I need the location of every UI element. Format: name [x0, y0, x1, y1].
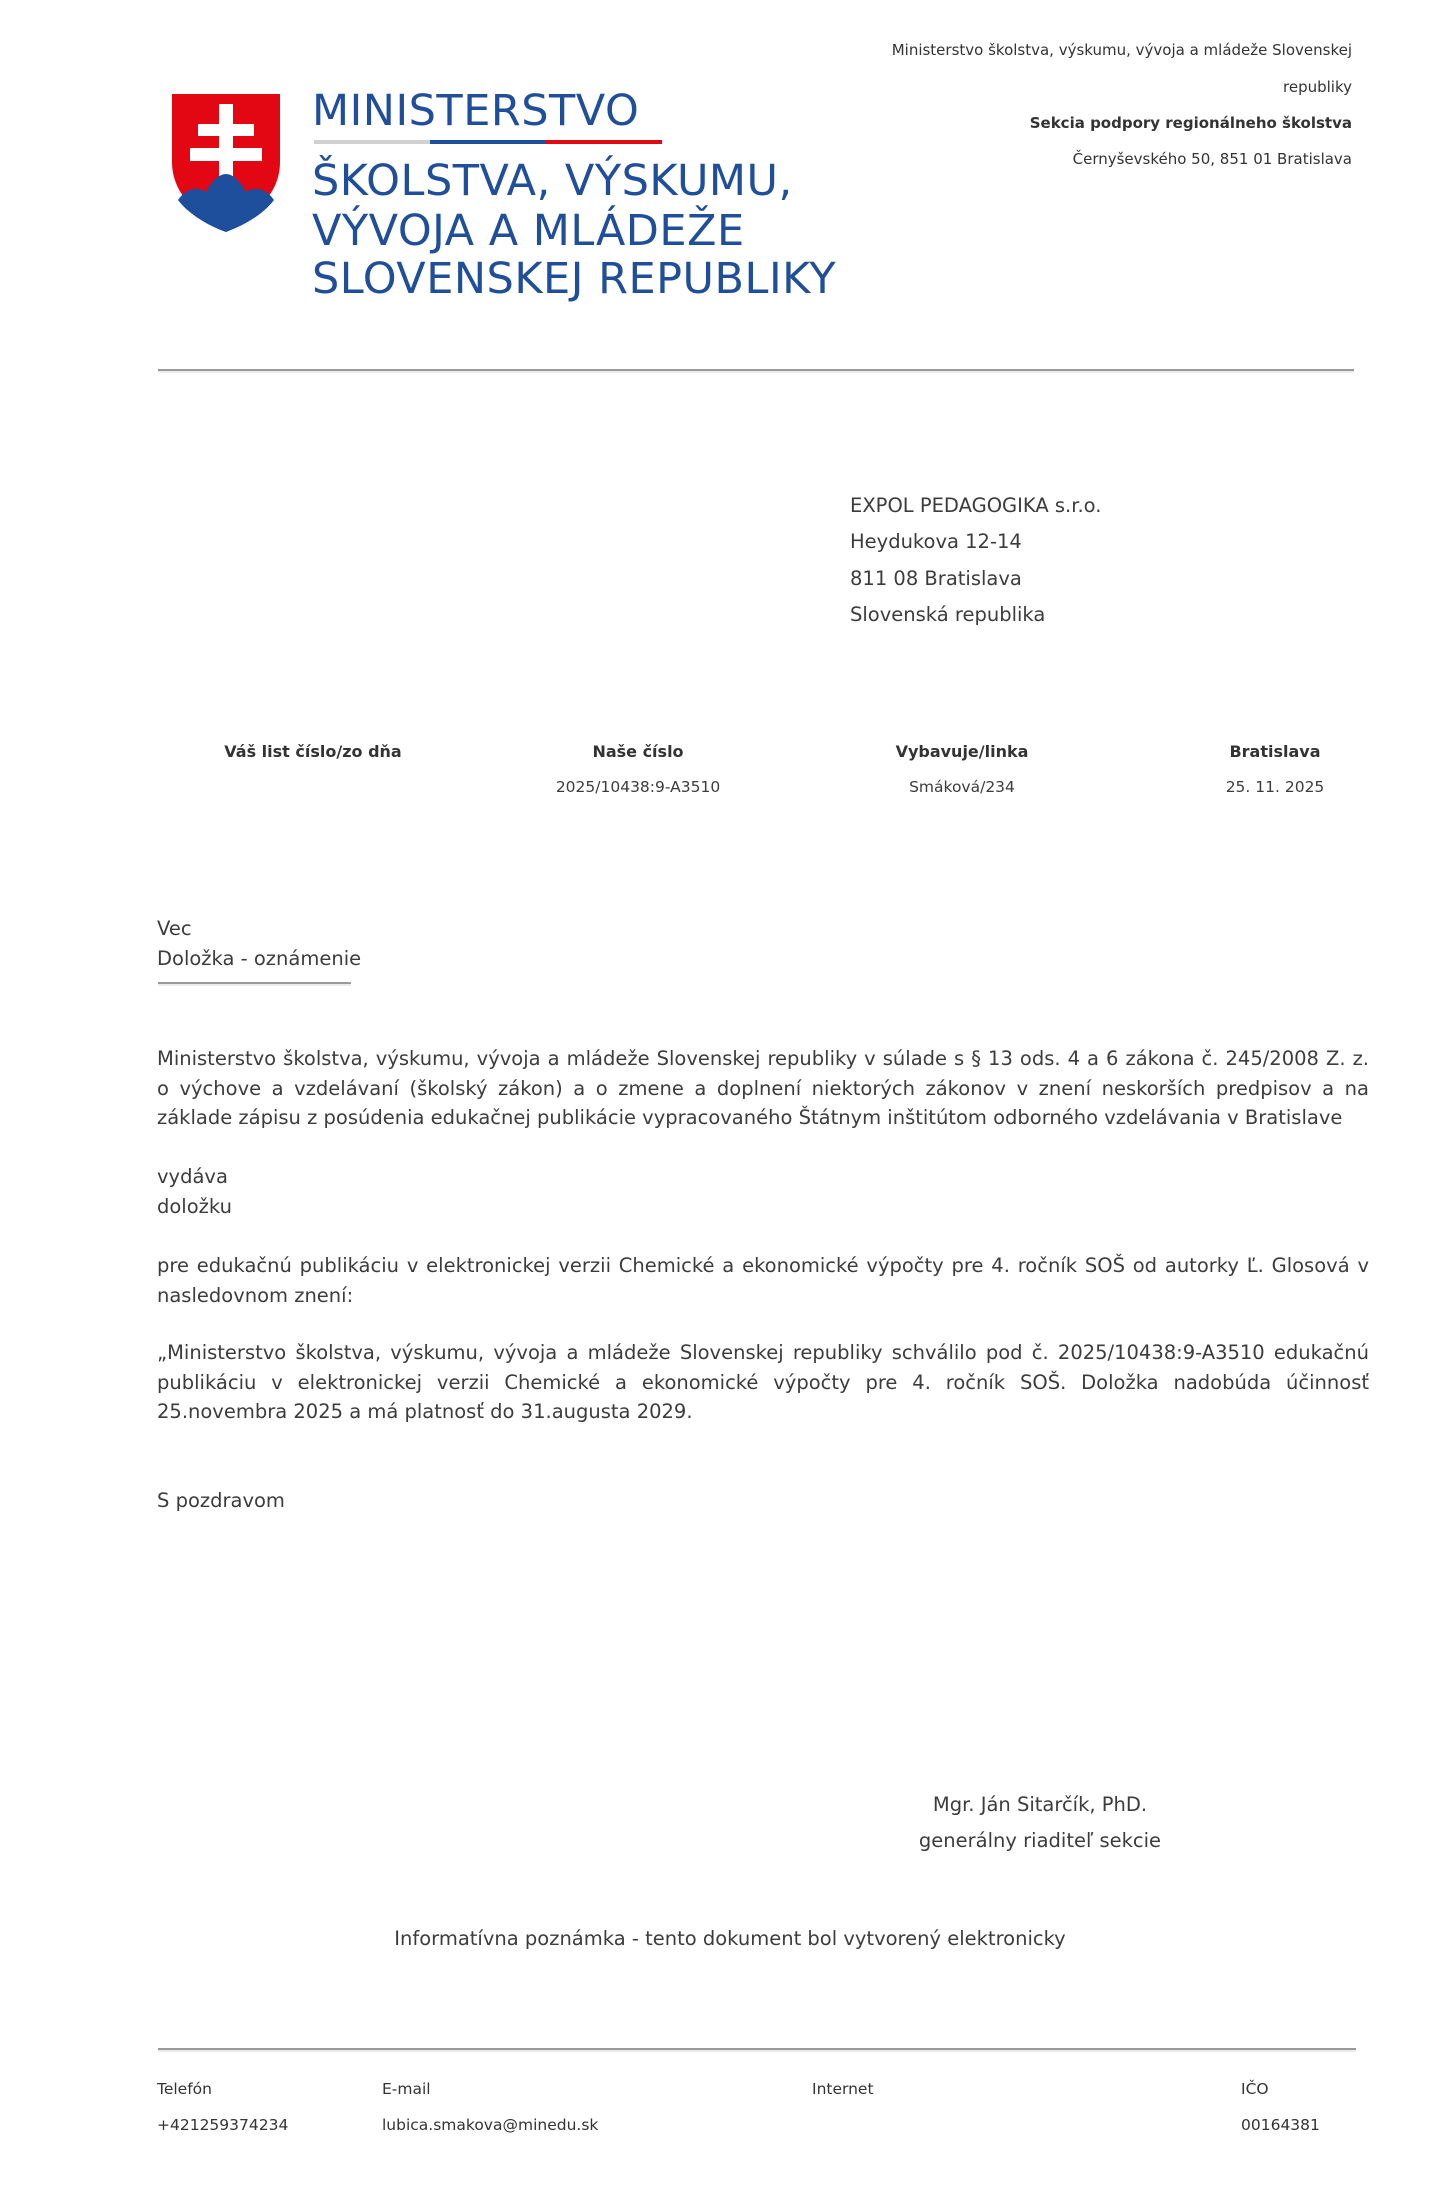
footer-phone: +421259374234: [157, 2116, 288, 2134]
reference-column: Vybavuje/linka Smáková/234: [812, 742, 1112, 796]
body-paragraph-publication: pre edukačnú publikáciu v elektronickej …: [157, 1251, 1369, 1310]
footer-label-phone: Telefón: [157, 2080, 212, 2098]
slovak-coat-of-arms-icon: [170, 92, 282, 234]
reference-header: Vybavuje/linka: [812, 742, 1112, 761]
closing-greeting: S pozdravom: [157, 1489, 285, 1512]
reference-value: [163, 778, 463, 796]
logo-title-line: SLOVENSKEJ REPUBLIKY: [312, 258, 836, 301]
header-divider: [158, 369, 1354, 373]
sender-ministry-name-cont: republiky: [1283, 78, 1352, 96]
footer-divider: [158, 2048, 1356, 2052]
reference-header: Váš list číslo/zo dňa: [163, 742, 463, 761]
footer-email[interactable]: lubica.smakova@minedu.sk: [382, 2116, 598, 2134]
recipient-line: EXPOL PEDAGOGIKA s.r.o.: [850, 494, 1101, 517]
recipient-line: 811 08 Bratislava: [850, 567, 1022, 590]
body-issues: vydáva: [157, 1165, 228, 1188]
recipient-line: Slovenská republika: [850, 603, 1045, 626]
subject-label: Vec: [157, 917, 192, 940]
reference-header: Naše číslo: [488, 742, 788, 761]
reference-value: 2025/10438:9-A3510: [488, 778, 788, 796]
reference-column: Bratislava 25. 11. 2025: [1125, 742, 1425, 796]
sender-section: Sekcia podpory regionálneho školstva: [1030, 114, 1352, 132]
reference-column: Naše číslo 2025/10438:9-A3510: [488, 742, 788, 796]
sender-ministry-name: Ministerstvo školstva, výskumu, vývoja a…: [892, 41, 1352, 59]
logo-title-line: ŠKOLSTVA, VÝSKUMU,: [312, 160, 793, 203]
reference-value: 25. 11. 2025: [1125, 778, 1425, 796]
signatory-title: generálny riaditeľ sekcie: [840, 1829, 1240, 1852]
body-paragraph-clause-text: „Ministerstvo školstva, výskumu, vývoja …: [157, 1338, 1369, 1427]
body-clause: doložku: [157, 1195, 232, 1218]
footer-ico: 00164381: [1241, 2116, 1320, 2134]
logo-title-line: MINISTERSTVO: [312, 90, 639, 133]
subject-underline: [158, 982, 351, 986]
signatory-name: Mgr. Ján Sitarčík, PhD.: [840, 1793, 1240, 1816]
reference-header: Bratislava: [1125, 742, 1425, 761]
electronic-document-note: Informatívna poznámka - tento dokument b…: [240, 1927, 1220, 1950]
reference-value: Smáková/234: [812, 778, 1112, 796]
logo-title-line: VÝVOJA A MLÁDEŽE: [312, 210, 745, 253]
body-paragraph-legal-basis: Ministerstvo školstva, výskumu, vývoja a…: [157, 1044, 1369, 1133]
logo-tricolor-divider: [314, 140, 662, 144]
footer-label-email: E-mail: [382, 2080, 431, 2098]
footer-label-ico: IČO: [1241, 2080, 1269, 2098]
recipient-line: Heydukova 12-14: [850, 530, 1022, 553]
reference-column: Váš list číslo/zo dňa: [163, 742, 463, 796]
subject-text: Doložka - oznámenie: [157, 947, 361, 970]
sender-address: Černyševského 50, 851 01 Bratislava: [1073, 150, 1352, 168]
footer-label-internet: Internet: [812, 2080, 874, 2098]
